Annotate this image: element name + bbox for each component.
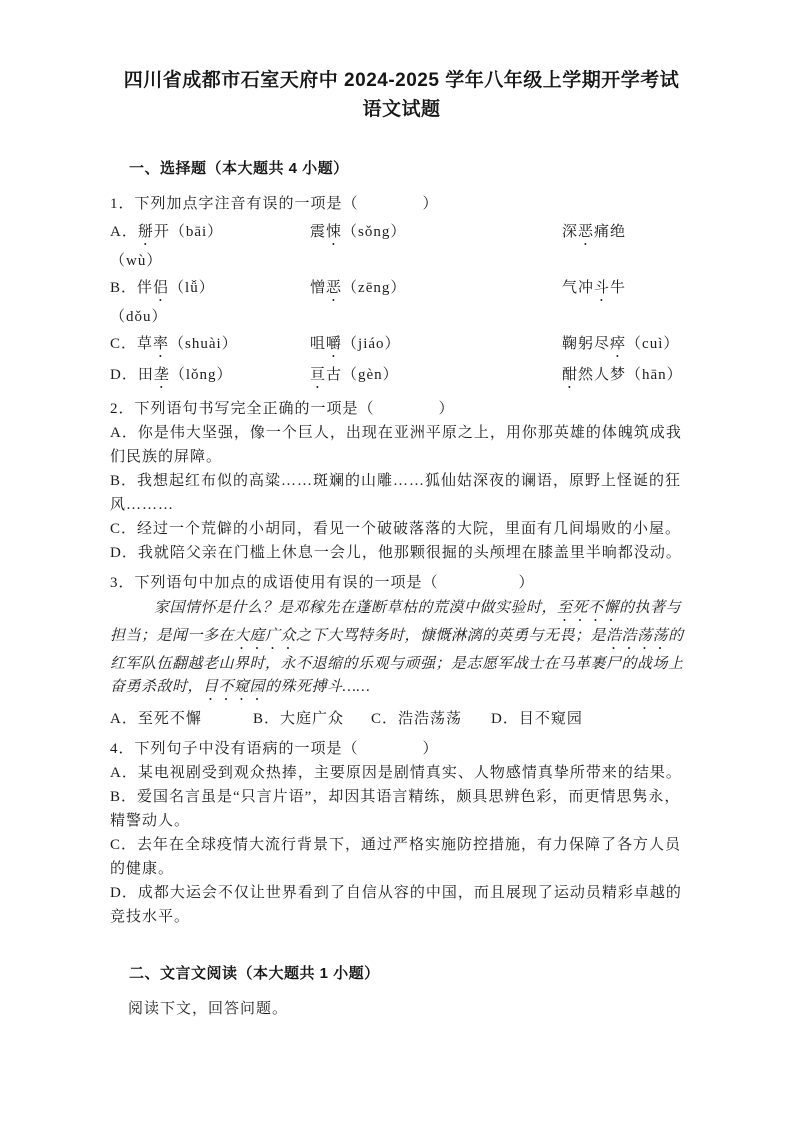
q1-option-c-item-3: 鞠躬尽瘁（cuì） — [562, 330, 693, 361]
q4-option-d: D．成都大运会不仅让世界看到了自信从容的中国，而且展现了运动员精彩卓越的竞技水平… — [110, 881, 693, 929]
q1-option-d-item-2: 亘古（gèn） — [310, 361, 562, 392]
q1-row-d: D．田垄（lǒng） 亘古（gèn） 酣然人梦（hān） — [110, 361, 693, 392]
q4-option-c: C．去年在全球疫情大流行背景下，通过严格实施防控措施，有力保障了各方人员的健康。 — [110, 833, 693, 881]
q1-stem: 1．下列加点字注音有误的一项是（ ） — [110, 190, 693, 218]
classical-intro: 阅读下文，回答问题。 — [128, 997, 693, 1021]
q1-row-a: A．掰开（bāi） 震悚（sǒng） 深恶痛绝 — [110, 218, 693, 249]
q1-option-a-item-1: A．掰开（bāi） — [110, 218, 310, 249]
question-4: 4．下列句子中没有语病的一项是（ ） A．某电视剧受到观众热捧，主要原因是剧情真… — [110, 737, 693, 929]
q1-option-a-cont: （wù） — [110, 249, 693, 274]
q1-option-b-item-1: B．伴侣（lǚ） — [110, 274, 310, 305]
q1-option-b-cont: （dǒu） — [110, 305, 693, 330]
q3-options-row: A．至死不懈 B．大庭广众 C．浩浩荡荡 D．目不窥园 — [110, 707, 693, 732]
q1-option-c-item-2: 咀嚼（jiáo） — [310, 330, 562, 361]
q3-stem: 3．下列语句中加点的成语使用有误的一项是（ ） — [110, 571, 693, 595]
q3-passage: 家国情怀是什么？是邓稼先在蓬断草枯的荒漠中做实验时，至死不懈的执著与担当；是闻一… — [110, 597, 693, 704]
q3-option-a: A．至死不懈 — [110, 707, 253, 732]
q1-option-c-item-1: C．草率（shuài） — [110, 330, 310, 361]
question-3: 3．下列语句中加点的成语使用有误的一项是（ ） 家国情怀是什么？是邓稼先在蓬断草… — [110, 571, 693, 732]
section-choice-heading: 一、选择题（本大题共 4 小题） — [129, 158, 693, 180]
question-1: 1．下列加点字注音有误的一项是（ ） A．掰开（bāi） 震悚（sǒng） 深恶… — [110, 190, 693, 392]
section-classical-heading: 二、文言文阅读（本大题共 1 小题） — [129, 963, 693, 985]
q4-option-a: A．某电视剧受到观众热捧，主要原因是剧情真实、人物感情真挚所带来的结果。 — [110, 761, 693, 785]
question-2: 2．下列语句书写完全正确的一项是（ ） A．你是伟大坚强，像一个巨人，出现在亚洲… — [110, 397, 693, 565]
q1-option-a-item-2: 震悚（sǒng） — [310, 218, 562, 249]
q2-option-c: C．经过一个荒僻的小胡同，看见一个破破落落的大院，里面有几间塌败的小屋。 — [110, 517, 693, 541]
q1-option-b-item-3: 气冲斗牛 — [562, 274, 693, 305]
q3-option-c: C．浩浩荡荡 — [371, 707, 491, 732]
q3-option-d: D．目不窥园 — [491, 707, 693, 732]
q1-option-d-item-3: 酣然人梦（hān） — [562, 361, 693, 392]
q1-option-b-item-2: 憎恶（zēng） — [310, 274, 562, 305]
q1-option-a-item-3: 深恶痛绝 — [562, 218, 693, 249]
q2-option-a: A．你是伟大坚强，像一个巨人，出现在亚洲平原之上，用你那英雄的体魄筑成我们民族的… — [110, 421, 693, 469]
q1-option-d-item-1: D．田垄（lǒng） — [110, 361, 310, 392]
exam-page: 四川省成都市石室天府中 2024-2025 学年八年级上学期开学考试语文试题 一… — [0, 0, 793, 1122]
q2-stem: 2．下列语句书写完全正确的一项是（ ） — [110, 397, 693, 421]
q1-row-c: C．草率（shuài） 咀嚼（jiáo） 鞠躬尽瘁（cuì） — [110, 330, 693, 361]
q2-option-d: D．我就陪父亲在门槛上休息一会儿，他那颗很掘的头颅埋在膝盖里半晌都没动。 — [110, 541, 693, 565]
q3-option-b: B．大庭广众 — [253, 707, 371, 732]
q1-row-b: B．伴侣（lǚ） 憎恶（zēng） 气冲斗牛 — [110, 274, 693, 305]
page-title: 四川省成都市石室天府中 2024-2025 学年八年级上学期开学考试语文试题 — [122, 66, 682, 124]
q2-option-b: B．我想起红布似的高粱……斑斓的山雕……狐仙姑深夜的谰语，原野上怪诞的狂风……… — [110, 469, 693, 517]
q4-stem: 4．下列句子中没有语病的一项是（ ） — [110, 737, 693, 761]
q4-option-b: B．爱国名言虽是“只言片语”，却因其语言精练，颇具思辨色彩，而更情思隽永，精警动… — [110, 785, 693, 833]
